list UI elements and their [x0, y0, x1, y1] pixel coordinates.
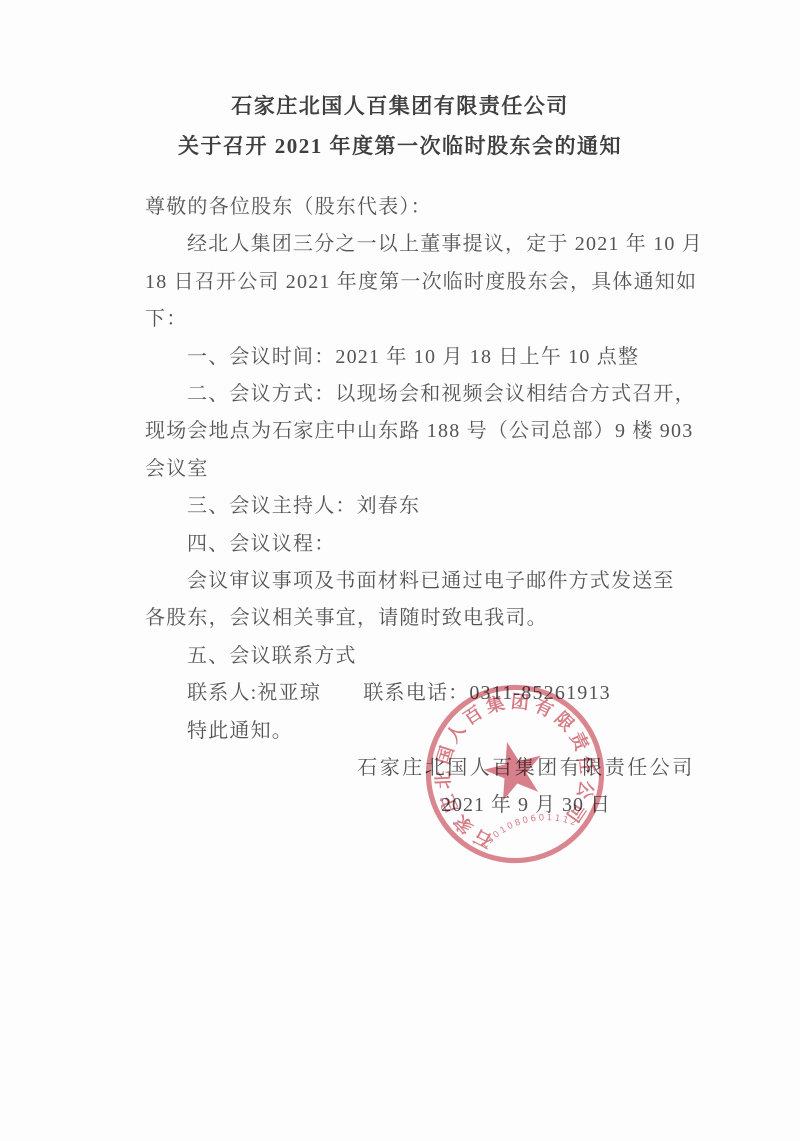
document-title-line2: 关于召开 2021 年度第一次临时股东会的通知: [0, 126, 800, 166]
body-line: 特此通知。: [145, 713, 662, 750]
body-line: 18 日召开公司 2021 年度第一次临时度股东会，具体通知如: [145, 264, 662, 301]
body-line: 会议审议事项及书面材料已通过电子邮件方式发送至: [145, 563, 662, 600]
body-line: 现场会地点为石家庄中山东路 188 号（公司总部）9 楼 903: [145, 413, 662, 450]
body-line: 五、会议联系方式: [145, 638, 662, 675]
body-line: 二、会议方式：以现场会和视频会议相结合方式召开，: [145, 376, 662, 413]
body-line: 四、会议议程：: [145, 526, 662, 563]
body-line: 尊敬的各位股东（股东代表）：: [145, 189, 662, 226]
document-title-block: 石家庄北国人百集团有限责任公司 关于召开 2021 年度第一次临时股东会的通知: [0, 0, 800, 166]
signature-company: 石家庄北国人百集团有限责任公司: [354, 750, 698, 787]
body-line: 联系人:祝亚琼 联系电话：0311-85261913: [145, 675, 662, 712]
body-line: 下：: [145, 301, 662, 338]
document-page: 石家庄北国人百集团有限责任公司 关于召开 2021 年度第一次临时股东会的通知 …: [0, 0, 800, 1141]
signature-date: 2021 年 9 月 30 日: [354, 787, 698, 824]
body-line: 各股东，会议相关事宜，请随时致电我司。: [145, 600, 662, 637]
body-line: 经北人集团三分之一以上董事提议，定于 2021 年 10 月: [145, 226, 662, 263]
document-body: 尊敬的各位股东（股东代表）： 经北人集团三分之一以上董事提议，定于 2021 年…: [0, 189, 800, 750]
document-title-line1: 石家庄北国人百集团有限责任公司: [0, 86, 800, 126]
body-line: 会议室: [145, 451, 662, 488]
body-line: 一、会议时间：2021 年 10 月 18 日上午 10 点整: [145, 339, 662, 376]
body-line: 三、会议主持人：刘春东: [145, 488, 662, 525]
signature-block: 石家庄北国人百集团有限责任公司 2021 年 9 月 30 日: [354, 750, 698, 824]
